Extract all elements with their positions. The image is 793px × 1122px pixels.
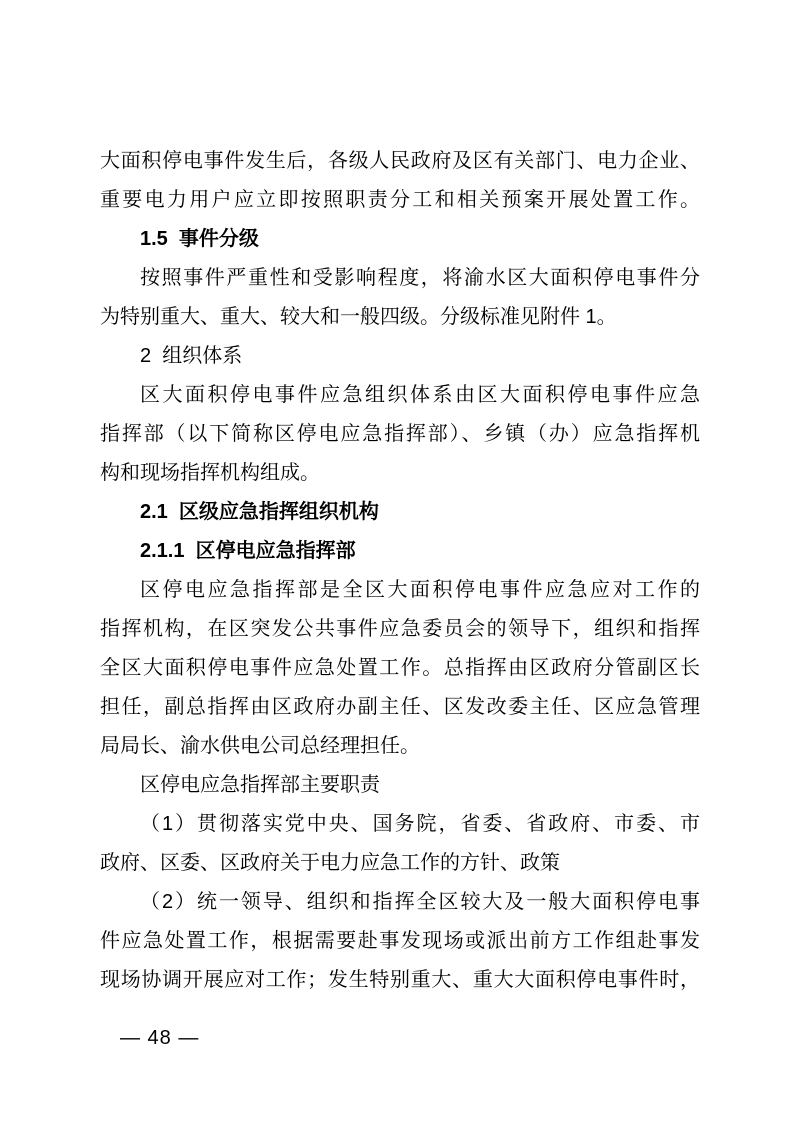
heading-line: 2.1 区级应急指挥组织机构 bbox=[100, 493, 700, 532]
text-line: 现场协调开展应对工作；发生特别重大、重大大面积停电事件时， bbox=[100, 961, 700, 1000]
page-number: — 48 — bbox=[120, 1026, 199, 1050]
text-line: （1）贯彻落实党中央、国务院，省委、省政府、市委、市 bbox=[100, 805, 700, 844]
text-line: 指挥部（以下简称区停电应急指挥部）、乡镇（办）应急指挥机 bbox=[100, 415, 700, 454]
text-line: 区大面积停电事件应急组织体系由区大面积停电事件应急 bbox=[100, 376, 700, 415]
text-line: 构和现场指挥机构组成。 bbox=[100, 454, 700, 493]
text-line: 指挥机构，在区突发公共事件应急委员会的领导下，组织和指挥 bbox=[100, 610, 700, 649]
text-line: 重要电力用户应立即按照职责分工和相关预案开展处置工作。 bbox=[100, 181, 700, 220]
text-line: （2）统一领导、组织和指挥全区较大及一般大面积停电事 bbox=[100, 883, 700, 922]
text-line: 件应急处置工作，根据需要赴事发现场或派出前方工作组赴事发 bbox=[100, 922, 700, 961]
text-line: 局局长、渝水供电公司总经理担任。 bbox=[100, 727, 700, 766]
text-line: 担任，副总指挥由区政府办副主任、区发改委主任、区应急管理 bbox=[100, 688, 700, 727]
text-line: 区停电应急指挥部是全区大面积停电事件应急应对工作的 bbox=[100, 571, 700, 610]
text-line: 全区大面积停电事件应急处置工作。总指挥由区政府分管副区长 bbox=[100, 649, 700, 688]
text-line: 为特别重大、重大、较大和一般四级。分级标准见附件 1。 bbox=[100, 298, 700, 337]
document-page: 大面积停电事件发生后，各级人民政府及区有关部门、电力企业、重要电力用户应立即按照… bbox=[0, 0, 793, 1122]
text-line: 政府、区委、区政府关于电力应急工作的方针、政策 bbox=[100, 844, 700, 883]
heading-line: 2.1.1 区停电应急指挥部 bbox=[100, 532, 700, 571]
text-line: 大面积停电事件发生后，各级人民政府及区有关部门、电力企业、 bbox=[100, 142, 700, 181]
heading-line: 1.5 事件分级 bbox=[100, 220, 700, 259]
text-block: 大面积停电事件发生后，各级人民政府及区有关部门、电力企业、重要电力用户应立即按照… bbox=[100, 142, 700, 1000]
text-line: 区停电应急指挥部主要职责 bbox=[100, 766, 700, 805]
text-line: 按照事件严重性和受影响程度，将渝水区大面积停电事件分 bbox=[100, 259, 700, 298]
text-line: 2 组织体系 bbox=[100, 337, 700, 376]
